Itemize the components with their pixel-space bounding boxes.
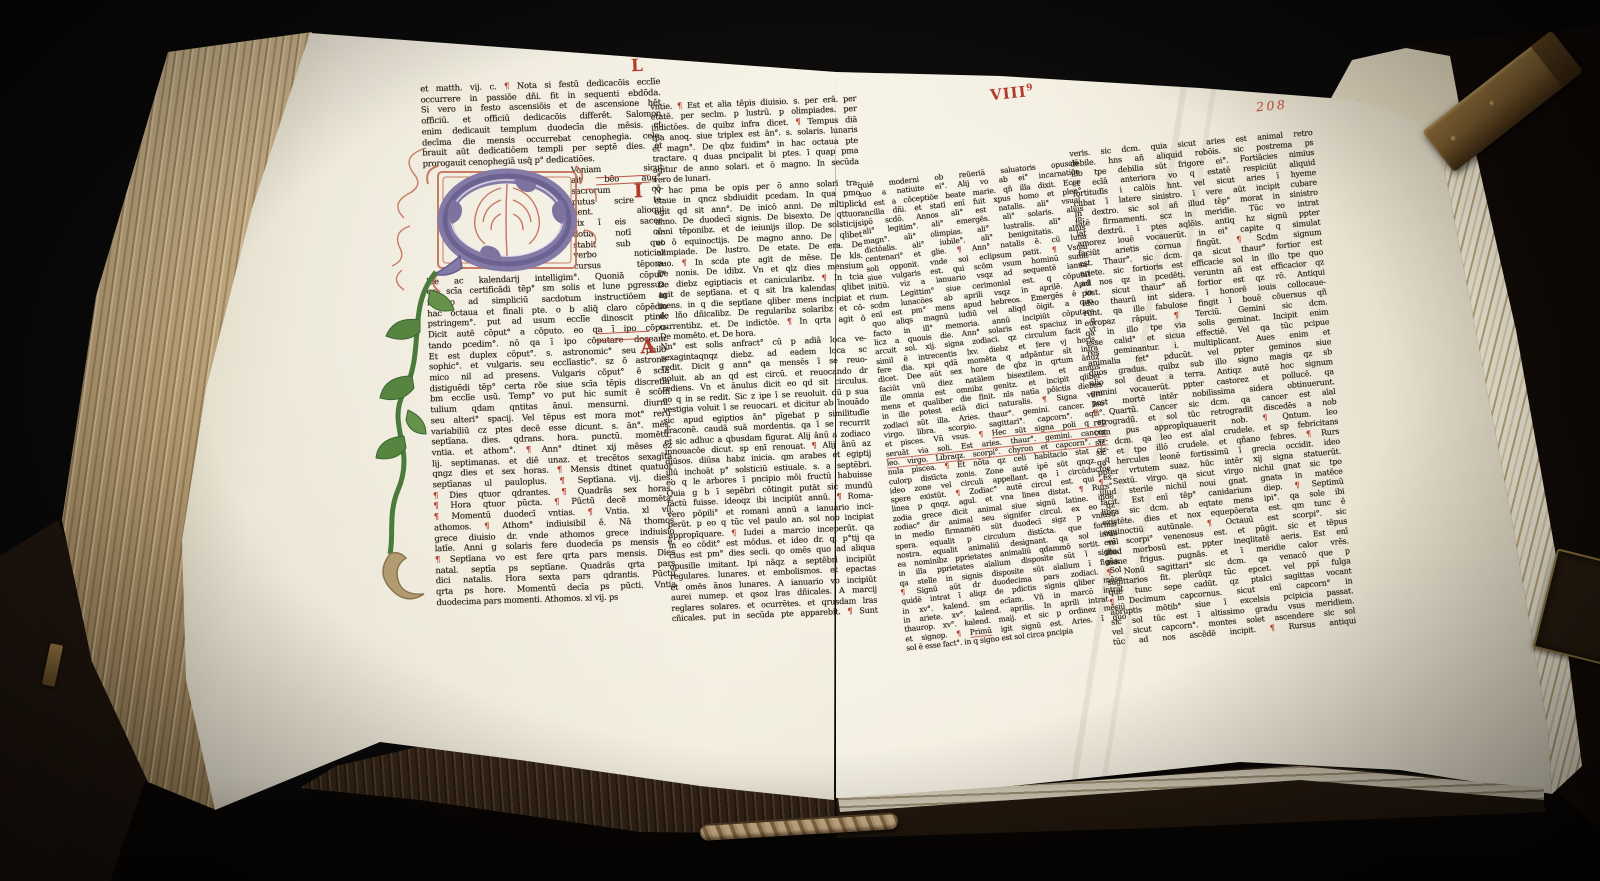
running-header-superscript: 9	[1026, 83, 1034, 94]
vine-gilt-tip	[383, 553, 424, 599]
running-header-left: L	[631, 56, 644, 76]
folio-number: 208	[1255, 97, 1288, 115]
left-page-column-2: vntie. ¶ Est et alia tēpis diuisio. s. p…	[650, 93, 878, 624]
foliate-vine	[376, 272, 454, 599]
illuminated-initial-q	[360, 130, 620, 630]
clasp-rivet	[1488, 99, 1496, 107]
right-page-column-2: veris. sic dcm. quia sicut aries est ani…	[1069, 128, 1356, 648]
initial-letter-body	[434, 176, 569, 275]
initial-leaf-infill	[475, 184, 540, 256]
running-header-right-text: VIII	[989, 83, 1027, 105]
clasp-rivet	[1450, 134, 1458, 142]
photo-open-medieval-book: L VIII9 208 et matth. vij. c. ¶ Nota si …	[0, 0, 1600, 881]
